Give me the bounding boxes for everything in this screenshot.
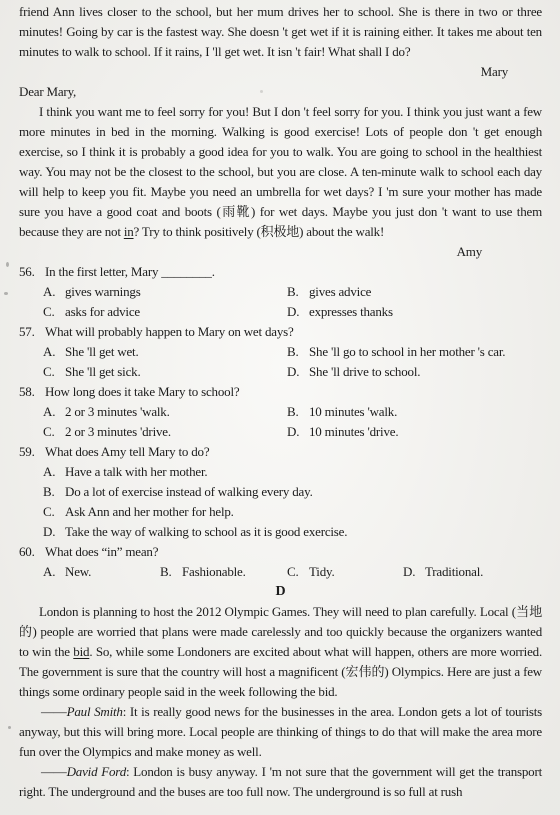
option-text: asks for advice <box>65 304 140 319</box>
option-label: D. <box>403 562 417 582</box>
option-c: C.Tidy. <box>287 562 403 582</box>
option-text: 2 or 3 minutes 'drive. <box>65 424 171 439</box>
question-60: 60. What does “in” mean? A.New. B.Fashio… <box>19 542 542 582</box>
option-c: C.She 'll get sick. <box>43 362 287 382</box>
question-56-stem: 56. In the first letter, Mary ________. <box>19 262 542 282</box>
option-b: B.Do a lot of exercise instead of walkin… <box>43 482 542 502</box>
option-text: Tidy. <box>309 564 335 579</box>
option-c: C.Ask Ann and her mother for help. <box>43 502 542 522</box>
exam-page: friend Ann lives closer to the school, b… <box>0 2 560 802</box>
option-b: B.She 'll go to school in her mother 's … <box>287 342 542 362</box>
option-d: D.10 minutes 'drive. <box>287 422 542 442</box>
passage-d-text-after: . So, while some Londoners are excited a… <box>19 644 542 699</box>
quote-speaker: Paul Smith <box>67 704 123 719</box>
option-label: B. <box>287 402 301 422</box>
option-a: A.2 or 3 minutes 'walk. <box>43 402 287 422</box>
letter1-text: friend Ann lives closer to the school, b… <box>19 4 542 59</box>
option-c: C.2 or 3 minutes 'drive. <box>43 422 287 442</box>
option-label: D. <box>43 522 57 542</box>
section-d-heading: D <box>19 582 542 602</box>
question-number: 57. <box>19 322 45 342</box>
option-text: 10 minutes 'walk. <box>309 404 397 419</box>
option-b: B.10 minutes 'walk. <box>287 402 542 422</box>
option-text: Do a lot of exercise instead of walking … <box>65 484 313 499</box>
question-56-options: A.gives warnings B.gives advice C.asks f… <box>43 282 542 322</box>
option-label: A. <box>43 562 57 582</box>
option-c: C.asks for advice <box>43 302 287 322</box>
option-text: Fashionable. <box>182 564 246 579</box>
question-59: 59. What does Amy tell Mary to do? A.Hav… <box>19 442 542 542</box>
letter2-signature: Amy <box>19 242 542 262</box>
question-text: In the first letter, Mary ________. <box>45 262 542 282</box>
option-label: B. <box>160 562 174 582</box>
option-label: C. <box>43 502 57 522</box>
question-57-options: A.She 'll get wet. B.She 'll go to schoo… <box>43 342 542 382</box>
option-a: A.New. <box>43 562 160 582</box>
letter1-body: friend Ann lives closer to the school, b… <box>19 2 542 62</box>
question-59-options: A.Have a talk with her mother. B.Do a lo… <box>43 462 542 542</box>
question-58-stem: 58. How long does it take Mary to school… <box>19 382 542 402</box>
quote-speaker: David Ford <box>67 764 126 779</box>
option-label: A. <box>43 402 57 422</box>
option-label: B. <box>287 342 301 362</box>
question-number: 60. <box>19 542 45 562</box>
question-60-options: A.New. B.Fashionable. C.Tidy. D.Traditio… <box>43 562 542 582</box>
option-label: D. <box>287 422 301 442</box>
option-text: 2 or 3 minutes 'walk. <box>65 404 170 419</box>
option-label: D. <box>287 302 301 322</box>
question-58: 58. How long does it take Mary to school… <box>19 382 542 442</box>
option-text: She 'll get wet. <box>65 344 139 359</box>
option-a: A.Have a talk with her mother. <box>43 462 542 482</box>
option-text: She 'll get sick. <box>65 364 141 379</box>
option-d: D.expresses thanks <box>287 302 542 322</box>
option-text: She 'll drive to school. <box>309 364 420 379</box>
question-text: What does “in” mean? <box>45 542 542 562</box>
option-text: expresses thanks <box>309 304 393 319</box>
option-label: C. <box>43 302 57 322</box>
option-a: A.gives warnings <box>43 282 287 302</box>
option-label: A. <box>43 462 57 482</box>
quote-david-ford: ——David Ford: London is busy anyway. I '… <box>19 762 542 802</box>
option-b: B.Fashionable. <box>160 562 287 582</box>
option-text: Have a talk with her mother. <box>65 464 207 479</box>
option-d: D.Traditional. <box>403 562 542 582</box>
option-label: A. <box>43 282 57 302</box>
option-text: New. <box>65 564 91 579</box>
quote-dash: —— <box>41 764 67 779</box>
option-d: D.She 'll drive to school. <box>287 362 542 382</box>
letter1-signature: Mary <box>19 62 542 82</box>
question-number: 58. <box>19 382 45 402</box>
quote-paul-smith: ——Paul Smith: It is really good news for… <box>19 702 542 762</box>
question-number: 56. <box>19 262 45 282</box>
option-label: A. <box>43 342 57 362</box>
letter2-text-before: I think you want me to feel sorry for yo… <box>19 104 542 239</box>
option-a: A.She 'll get wet. <box>43 342 287 362</box>
option-text: 10 minutes 'drive. <box>309 424 398 439</box>
option-label: B. <box>287 282 301 302</box>
passage-d-body: London is planning to host the 2012 Olym… <box>19 602 542 702</box>
option-d: D.Take the way of walking to school as i… <box>43 522 542 542</box>
option-label: C. <box>287 562 301 582</box>
option-text: Traditional. <box>425 564 483 579</box>
option-label: C. <box>43 362 57 382</box>
option-label: C. <box>43 422 57 442</box>
option-text: Take the way of walking to school as it … <box>65 524 347 539</box>
option-label: D. <box>287 362 301 382</box>
option-text: Ask Ann and her mother for help. <box>65 504 234 519</box>
question-text: How long does it take Mary to school? <box>45 382 542 402</box>
question-text: What does Amy tell Mary to do? <box>45 442 542 462</box>
option-text: gives warnings <box>65 284 141 299</box>
letter2-underlined-word: in <box>124 224 134 239</box>
question-number: 59. <box>19 442 45 462</box>
question-text: What will probably happen to Mary on wet… <box>45 322 542 342</box>
option-text: gives advice <box>309 284 371 299</box>
option-b: B.gives advice <box>287 282 542 302</box>
quote-dash: —— <box>41 704 67 719</box>
letter2-salutation: Dear Mary, <box>19 82 542 102</box>
question-57-stem: 57. What will probably happen to Mary on… <box>19 322 542 342</box>
question-59-stem: 59. What does Amy tell Mary to do? <box>19 442 542 462</box>
option-label: B. <box>43 482 57 502</box>
option-text: She 'll go to school in her mother 's ca… <box>309 344 505 359</box>
question-58-options: A.2 or 3 minutes 'walk. B.10 minutes 'wa… <box>43 402 542 442</box>
passage-d-underlined-word: bid <box>73 644 89 659</box>
question-56: 56. In the first letter, Mary ________. … <box>19 262 542 322</box>
question-60-stem: 60. What does “in” mean? <box>19 542 542 562</box>
question-57: 57. What will probably happen to Mary on… <box>19 322 542 382</box>
letter2-text-after: ? Try to think positively (积极地) about th… <box>134 224 385 239</box>
letter2-body: I think you want me to feel sorry for yo… <box>19 102 542 242</box>
